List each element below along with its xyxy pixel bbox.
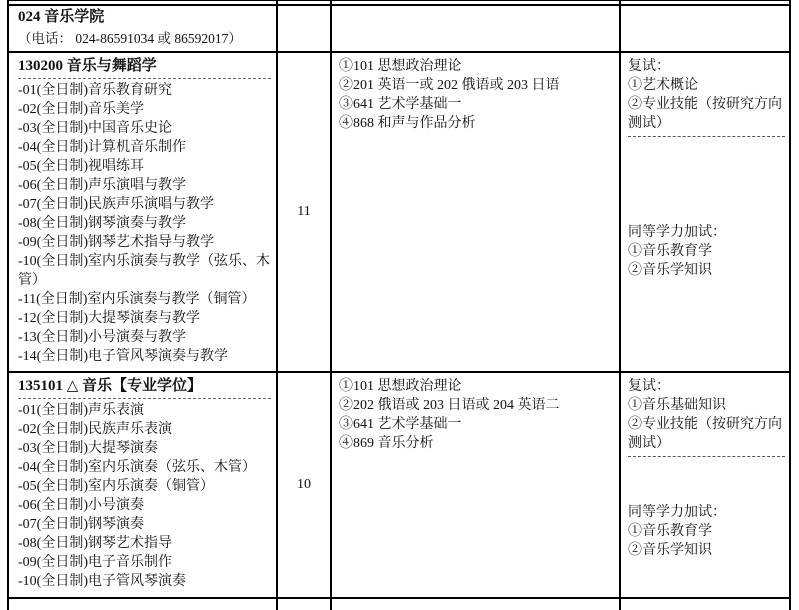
direction-item: -10(全日制)电子管风琴演奏 — [18, 572, 271, 591]
retest-item: ②专业技能（按研究方向测试） — [628, 415, 785, 453]
directions-list: -01(全日制)声乐表演-02(全日制)民族声乐表演-03(全日制)大提琴演奏-… — [18, 401, 271, 591]
direction-item: -01(全日制)音乐教育研究 — [18, 81, 271, 100]
program-code-title: 135101 △ 音乐【专业学位】 — [18, 376, 271, 399]
spacer — [628, 137, 785, 223]
spacer — [628, 457, 785, 503]
retest-cell: 复试： ①艺术概论②专业技能（按研究方向测试） 同等学力加试： ①音乐教育学②音… — [621, 53, 789, 371]
direction-item: -09(全日制)电子音乐制作 — [18, 553, 271, 572]
exam-subjects-list: ①101 思想政治理论②202 俄语或 203 日语或 204 英语二③641 … — [339, 377, 615, 453]
direction-item: -01(全日制)声乐表演 — [18, 401, 271, 420]
admissions-table: 024 音乐学院 （电话： 024-86591034 或 86592017） 1… — [7, 0, 791, 610]
equivalency-item: ②音乐学知识 — [628, 261, 785, 280]
exam-subject-item: ②201 英语一或 202 俄语或 203 日语 — [339, 76, 615, 95]
equivalency-items-list: ①音乐教育学②音乐学知识 — [628, 522, 785, 560]
empty-cell — [332, 6, 621, 51]
direction-item: -11(全日制)室内乐演奏与教学（铜管） — [18, 290, 271, 309]
empty-cell — [278, 6, 332, 51]
direction-item: -14(全日制)电子管风琴演奏与教学 — [18, 347, 271, 366]
equivalency-title: 同等学力加试： — [628, 503, 785, 522]
sliver-cell — [9, 599, 278, 610]
enrollment-count: 10 — [297, 477, 311, 493]
equivalency-item: ①音乐教育学 — [628, 242, 785, 261]
college-phone: （电话： 024-86591034 或 86592017） — [18, 28, 272, 49]
next-row-sliver — [9, 599, 789, 610]
sliver-cell — [278, 599, 332, 610]
direction-item: -03(全日制)中国音乐史论 — [18, 119, 271, 138]
enrollment-cell: 10 — [278, 373, 332, 597]
sliver-cell — [621, 599, 789, 610]
exam-subject-item: ③641 艺术学基础一 — [339, 95, 615, 114]
direction-item: -06(全日制)声乐演唱与教学 — [18, 176, 271, 195]
exam-subjects-cell: ①101 思想政治理论②201 英语一或 202 俄语或 203 日语③641 … — [332, 53, 621, 371]
sliver-cell — [278, 1, 332, 4]
program-row-135101: 135101 △ 音乐【专业学位】 -01(全日制)声乐表演-02(全日制)民族… — [9, 373, 789, 599]
equivalency-item: ①音乐教育学 — [628, 522, 785, 541]
direction-item: -02(全日制)音乐美学 — [18, 100, 271, 119]
college-title: 024 音乐学院 — [18, 7, 272, 28]
enrollment-count: 11 — [297, 204, 310, 220]
retest-items-list: ①音乐基础知识②专业技能（按研究方向测试） — [628, 396, 785, 453]
direction-item: -08(全日制)钢琴艺术指导 — [18, 534, 271, 553]
sliver-cell — [332, 599, 621, 610]
retest-item: ①艺术概论 — [628, 76, 785, 95]
direction-item: -09(全日制)钢琴艺术指导与教学 — [18, 233, 271, 252]
directions-cell: 130200 音乐与舞蹈学 -01(全日制)音乐教育研究-02(全日制)音乐美学… — [9, 53, 278, 371]
college-header-cell: 024 音乐学院 （电话： 024-86591034 或 86592017） — [9, 6, 278, 51]
retest-items-list: ①艺术概论②专业技能（按研究方向测试） — [628, 76, 785, 133]
sliver-cell — [621, 1, 789, 4]
direction-item: -07(全日制)民族声乐演唱与教学 — [18, 195, 271, 214]
direction-item: -10(全日制)室内乐演奏与教学（弦乐、木管） — [18, 252, 271, 290]
retest-cell: 复试： ①音乐基础知识②专业技能（按研究方向测试） 同等学力加试： ①音乐教育学… — [621, 373, 789, 597]
exam-subjects-list: ①101 思想政治理论②201 英语一或 202 俄语或 203 日语③641 … — [339, 57, 615, 133]
retest-item: ②专业技能（按研究方向测试） — [628, 95, 785, 133]
direction-item: -06(全日制)小号演奏 — [18, 496, 271, 515]
direction-item: -05(全日制)室内乐演奏（铜管） — [18, 477, 271, 496]
equivalency-item: ②音乐学知识 — [628, 541, 785, 560]
college-header-row: 024 音乐学院 （电话： 024-86591034 或 86592017） — [9, 6, 789, 53]
equivalency-items-list: ①音乐教育学②音乐学知识 — [628, 242, 785, 280]
exam-subject-item: ①101 思想政治理论 — [339, 57, 615, 76]
direction-item: -12(全日制)大提琴演奏与教学 — [18, 309, 271, 328]
exam-subject-item: ③641 艺术学基础一 — [339, 415, 615, 434]
exam-subject-item: ④868 和声与作品分析 — [339, 114, 615, 133]
directions-cell: 135101 △ 音乐【专业学位】 -01(全日制)声乐表演-02(全日制)民族… — [9, 373, 278, 597]
exam-subjects-cell: ①101 思想政治理论②202 俄语或 203 日语或 204 英语二③641 … — [332, 373, 621, 597]
direction-item: -08(全日制)钢琴演奏与教学 — [18, 214, 271, 233]
exam-subject-item: ①101 思想政治理论 — [339, 377, 615, 396]
direction-item: -05(全日制)视唱练耳 — [18, 157, 271, 176]
exam-subject-item: ④869 音乐分析 — [339, 434, 615, 453]
empty-cell — [621, 6, 789, 51]
directions-list: -01(全日制)音乐教育研究-02(全日制)音乐美学-03(全日制)中国音乐史论… — [18, 81, 271, 366]
enrollment-cell: 11 — [278, 53, 332, 371]
program-code-title: 130200 音乐与舞蹈学 — [18, 56, 271, 79]
direction-item: -04(全日制)室内乐演奏（弦乐、木管） — [18, 458, 271, 477]
direction-item: -13(全日制)小号演奏与教学 — [18, 328, 271, 347]
direction-item: -03(全日制)大提琴演奏 — [18, 439, 271, 458]
retest-title: 复试： — [628, 377, 785, 396]
direction-item: -02(全日制)民族声乐表演 — [18, 420, 271, 439]
sliver-cell — [9, 1, 278, 4]
sliver-cell — [332, 1, 621, 4]
retest-item: ①音乐基础知识 — [628, 396, 785, 415]
retest-title: 复试： — [628, 57, 785, 76]
direction-item: -04(全日制)计算机音乐制作 — [18, 138, 271, 157]
equivalency-title: 同等学力加试： — [628, 223, 785, 242]
program-row-130200: 130200 音乐与舞蹈学 -01(全日制)音乐教育研究-02(全日制)音乐美学… — [9, 53, 789, 373]
exam-subject-item: ②202 俄语或 203 日语或 204 英语二 — [339, 396, 615, 415]
direction-item: -07(全日制)钢琴演奏 — [18, 515, 271, 534]
